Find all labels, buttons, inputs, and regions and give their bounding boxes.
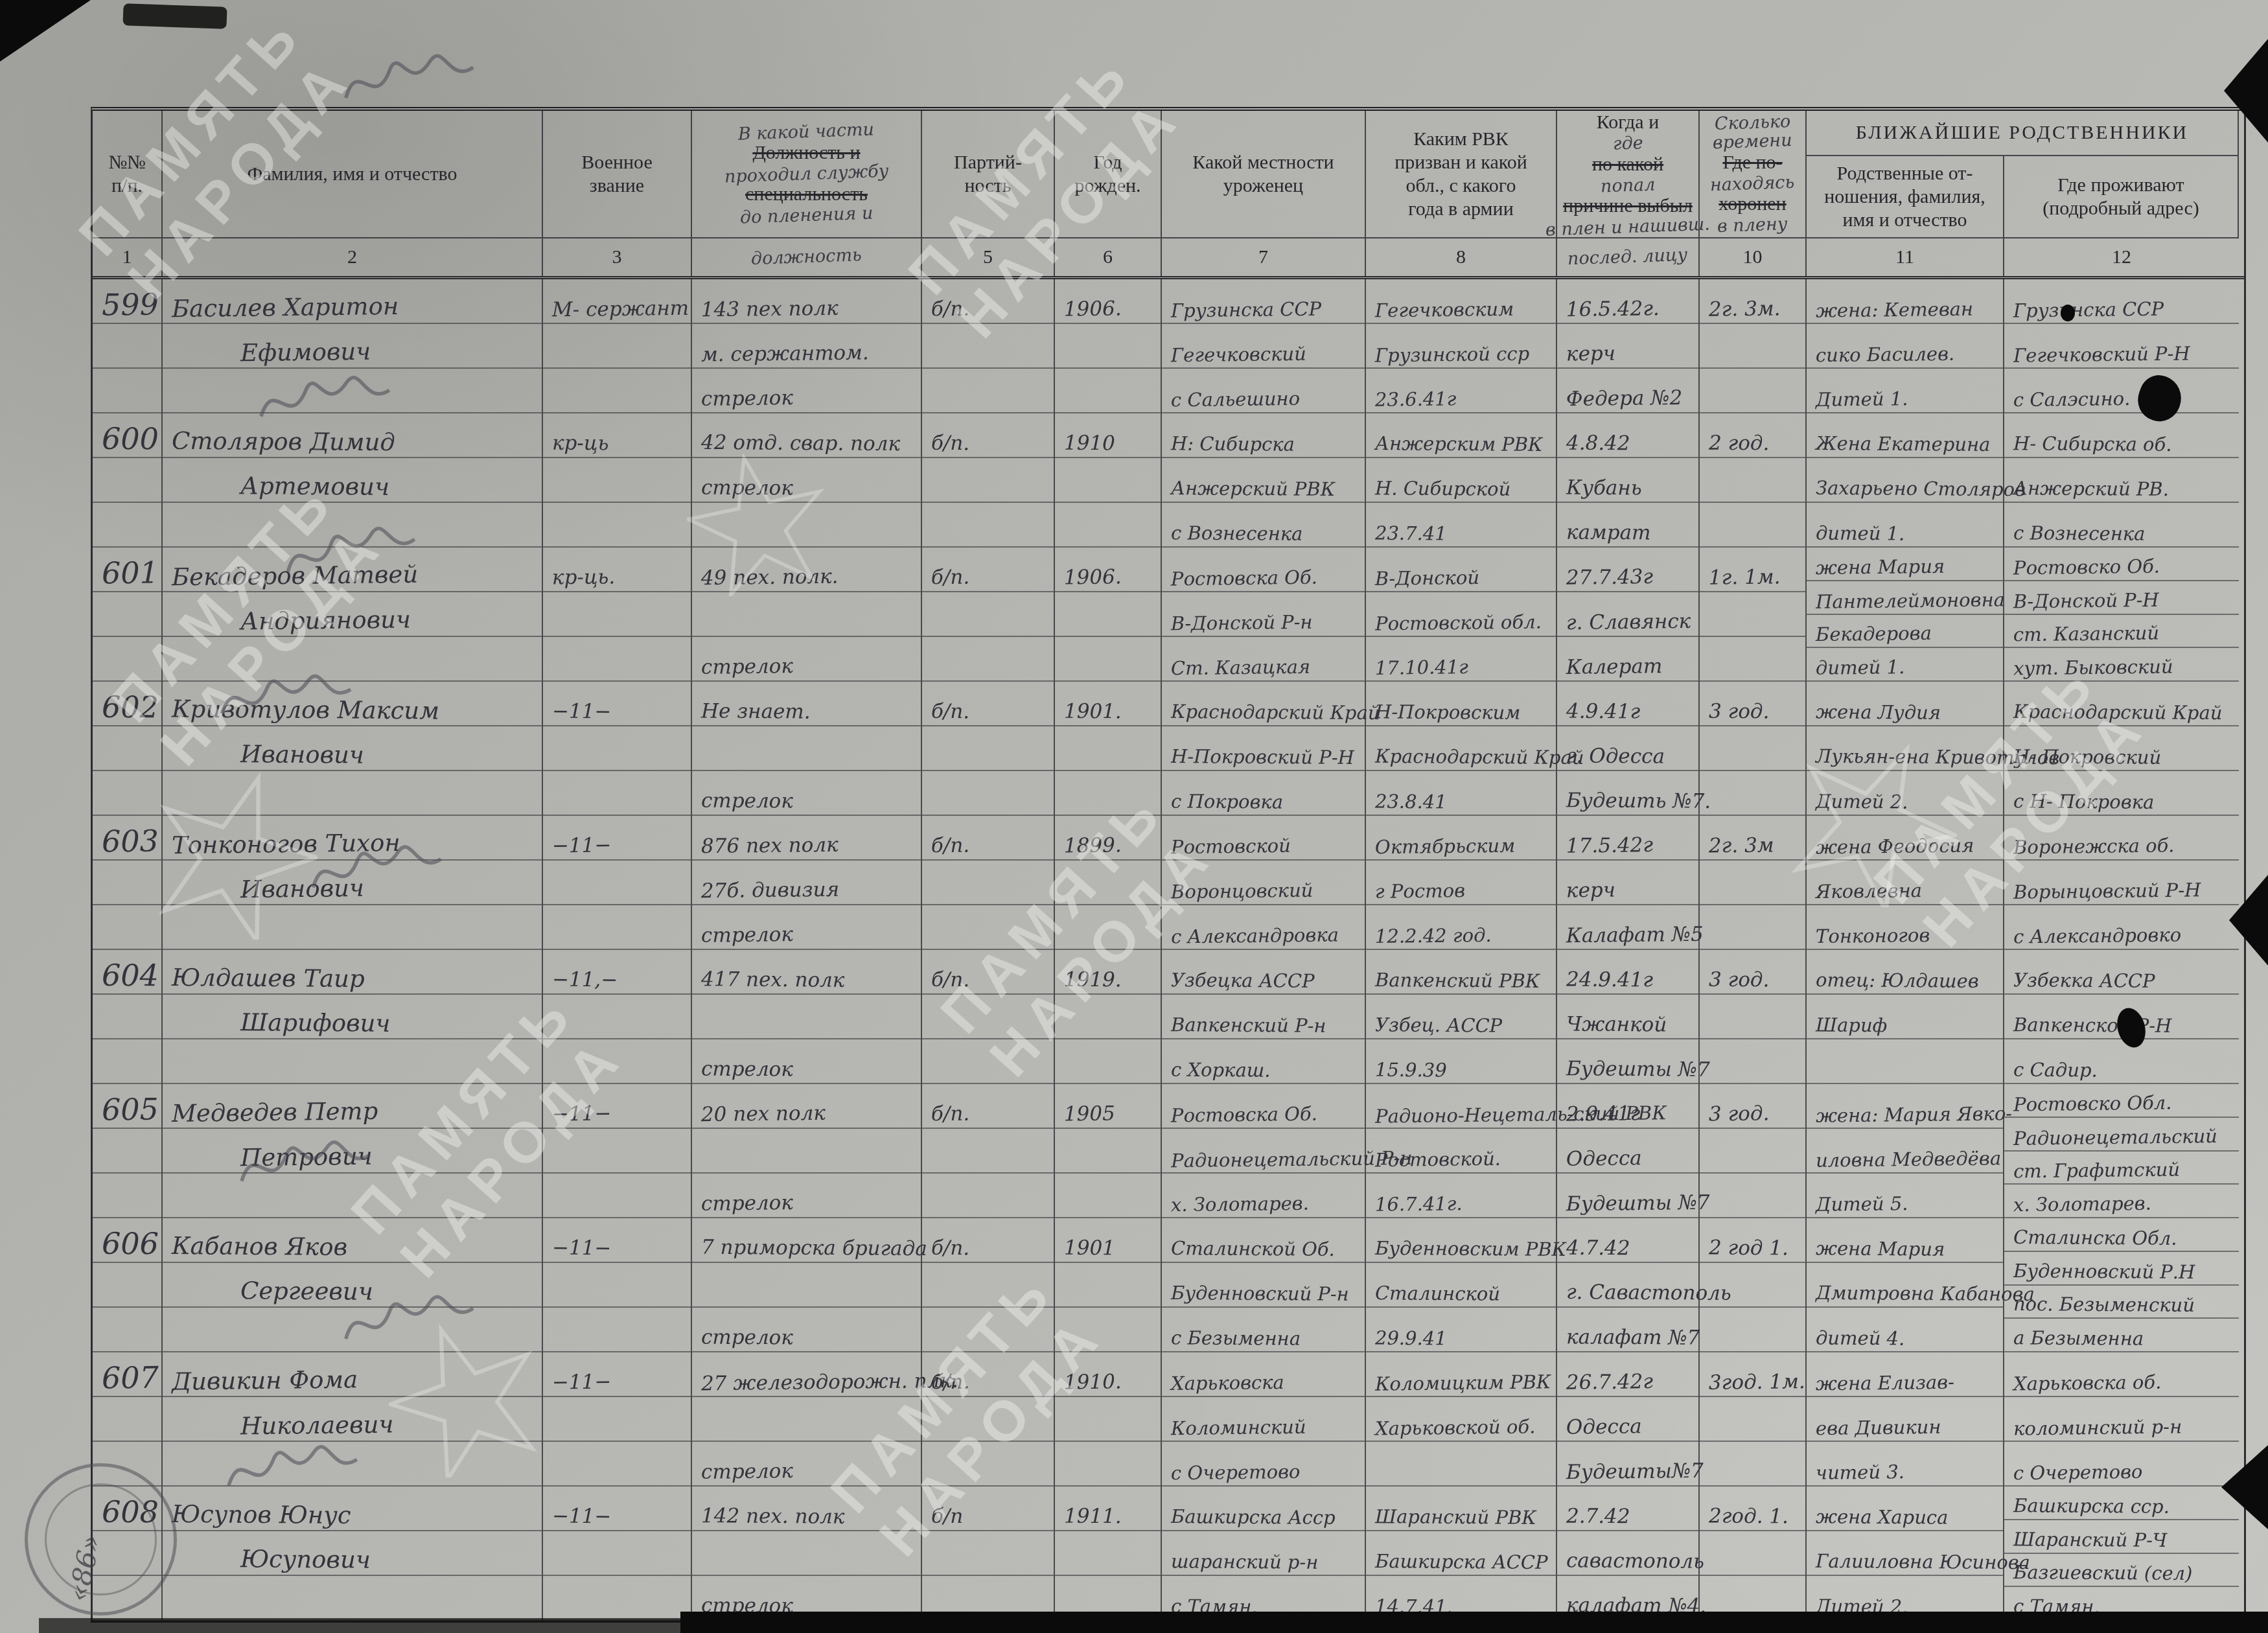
cell-line: −11− [543,816,691,861]
handwritten-text: 4.8.42 [1566,434,1630,454]
handwritten-text: 604 [102,960,159,991]
cell-line: ст. Казанский [2004,615,2239,649]
handwritten-text: Юлдашев Таир [172,966,365,991]
cell-rank: −11− [543,682,692,816]
cell-line: 2.9.41г [1557,1084,1698,1129]
cell-unit: 27 железодорожн. плк.стрелок [692,1352,922,1487]
handwritten-text: Сталинска Обл. [2013,1228,2177,1248]
handwritten-text: Жена Екатерина [1816,434,1991,454]
cell-num: 604 [93,950,163,1084]
cell-line: Юлдашев Таир [163,950,542,995]
cell-year: 1906. [1055,548,1162,682]
table-row: 605Медведев ПетрПетрович−11−20 пех полкс… [93,1084,2244,1218]
handwritten-text: Сталинской [1375,1284,1500,1303]
cell-line [1055,1174,1161,1218]
cell-relatives: жена МарияПантелеймоновнаБекадеровадитей… [1807,548,2004,682]
cell-year: 1901. [1055,682,1162,816]
handwritten-text: жена Мария [1816,557,1945,577]
handwritten-text: с Сальешино [1171,389,1300,410]
cell-line: жена Мария [1807,1218,2003,1263]
header-label: года в армии [1408,198,1513,221]
cell-line: Радионецетальский Р-н [1162,1129,1365,1174]
handwritten-text: Коломинский [1171,1418,1306,1439]
cell-line: ст. Графитский [2004,1152,2239,1185]
handwritten-text: Бекадерова [1816,624,1932,644]
handwritten-text: Шаранский Р-Ч [2013,1530,2167,1550]
cell-line: 24.9.41г [1557,950,1698,995]
handwritten-text: Н- Сибирска об. [2013,434,2172,454]
cell-line: а Безыменна [2004,1319,2239,1352]
cell-line: б/п [922,1487,1054,1531]
handwritten-text: Ростовско Об. [2013,557,2160,577]
handwritten-text: Будешть №7. [1566,791,1711,812]
cell-address: Ростовско Об.В-Донской Р-Нст. Казанскийх… [2004,548,2239,682]
handwritten-text: с Безыменна [1171,1328,1301,1348]
handwritten-text: хут. Быковский [2013,657,2173,678]
cell-line: Грузинской сср [1366,324,1556,369]
handwritten-text: стрелок [701,478,793,499]
header-label: ношения, фамилия, [1824,185,1985,209]
cell-line: с Покровка [1162,771,1365,816]
cell-birthplace: Башкирска Ассршаранский р-нс Тамян. [1162,1487,1366,1621]
column-header-address: Где проживают(подробный адрес) [2004,156,2239,237]
cell-line: 12.2.42 год. [1366,905,1556,950]
handwritten-text: с Очеретово [1171,1463,1301,1483]
column-number-label: послед. лицу [1568,246,1688,269]
handwritten-text: Одесса [1566,1148,1642,1169]
handwritten-text: 1910 [1064,434,1115,454]
handwritten-text: 42 отд. свар. полк [701,433,900,454]
cell-line: с Сальешино [1162,369,1365,413]
column-header-party: Партий-ность [922,111,1055,237]
cell-line [543,1442,691,1487]
handwritten-text: Грузинска ССР [1171,300,1321,321]
handwritten-text: кр-ць. [552,567,616,588]
handwritten-text: стрелок [701,656,793,678]
cell-line [1700,1039,1805,1084]
cell-unit: 143 пех полкм. сержантом.стрелок [692,279,922,413]
handwritten-text: с Покровка [1171,792,1283,811]
cell-line: 604 [93,950,161,995]
cell-line: стрелок [692,1308,921,1352]
cell-line [922,726,1054,771]
cell-line: стрелок [692,905,921,950]
handwritten-text: 16.7.41г. [1375,1194,1463,1214]
cell-line: Харьковской об. [1366,1397,1556,1442]
cell-line: керч [1557,861,1698,905]
cell-rank: −11− [543,1487,692,1621]
handwritten-text: 143 пех полк [701,299,839,321]
cell-line: Краснодарский Край [1366,726,1556,771]
handwritten-text: 4.9.41г [1566,702,1640,723]
handwritten-text: Дивикин Фома [172,1367,358,1394]
cell-line: Лукьян-ена Кривотулов [1807,726,2003,771]
cell-line [93,324,161,369]
cell-line: Воронежска об. [2004,816,2239,861]
handwritten-text: Октябрьским [1375,837,1515,857]
handwritten-text: 24.9.41г [1566,970,1653,991]
cell-line [1055,1397,1161,1442]
cell-line [922,637,1054,682]
header-label: В какой части [738,121,875,145]
header-label: Какой местности [1192,151,1334,174]
cell-line: дитей 1. [1807,503,2003,548]
cell-line [922,1442,1054,1487]
cell-party: б/п. [922,950,1055,1084]
header-label: причине выбыл [1563,195,1693,218]
handwritten-text: 876 пех полк [701,835,839,857]
handwritten-text: б/п [931,1507,964,1527]
cell-fate: 4.7.42г. Савастополькалафат №7 [1557,1218,1700,1352]
handwritten-text: 142 пех. полк [701,1506,845,1527]
cell-line [543,1397,691,1442]
handwritten-text: −11− [552,702,612,723]
handwritten-text: б/п. [931,299,970,320]
handwritten-text: с Вознесенка [1171,524,1303,543]
cell-line [543,1576,691,1621]
cell-line: Гегечковским [1366,279,1556,324]
handwritten-text: Дитей 1. [1816,389,1908,410]
cell-line [93,1174,161,1218]
column-header-fate: Когда игдепо какойпопалпричине выбылв пл… [1557,111,1700,237]
cell-line [543,1129,691,1174]
cell-birthplace: Краснодарский КрайН-Покровский Р-Нс Покр… [1162,682,1366,816]
cell-line [1700,1129,1805,1174]
cell-address: Краснодарский КрайН- Покровскийс Н- Покр… [2004,682,2239,816]
cell-line: отец: Юлдашев [1807,950,2003,995]
column-number-label: 3 [612,246,622,269]
cell-rank: М- сержант [543,279,692,413]
cell-line: камрат [1557,503,1698,548]
header-label: находясь [1710,172,1795,194]
handwritten-text: 2г. 3м [1709,835,1774,856]
cell-rvk: Шаранский РВКБашкирска АССР14.7.41. [1366,1487,1557,1621]
handwritten-text: жена Феодосия [1816,837,1974,857]
handwritten-text: Анжерский РВ. [2013,479,2169,499]
header-label: Военное [581,151,652,174]
scanned-document-page: ПАМЯТЬНАРОДА ПАМЯТЬНАРОДА ПАМЯТЬНАРОДА П… [0,0,2268,1633]
cell-rvk: Анжерским РВКН. Сибирской23.7.41 [1366,413,1557,548]
handwritten-text: 7 приморска бригада [701,1238,927,1259]
cell-fate: 4.8.42Кубанькамрат [1557,413,1700,548]
column-header-relatives: Родственные от-ношения, фамилия,имя и от… [1807,156,2004,237]
cell-year: 1911. [1055,1487,1162,1621]
handwritten-text: Будешты№7 [1566,1461,1704,1483]
handwritten-text: жена Хариса [1816,1507,1949,1527]
scan-bottom-strip [39,1618,687,1633]
handwritten-text: Вапкенской Р-Н [2013,1015,2172,1036]
cell-line: 26.7.42г [1557,1352,1698,1397]
cell-line: стрелок [692,1174,921,1218]
cell-relatives: жена: Кетевансико Басилев.Дитей 1. [1807,279,2004,413]
column-number-label: 7 [1258,246,1268,269]
handwritten-text: Не знает. [701,701,811,722]
cell-captivity: 3 год. [1700,950,1807,1084]
column-number-fate: послед. лицу [1557,237,1700,276]
cell-line [93,905,161,950]
handwritten-text: Ст. Казацкая [1171,658,1310,678]
cell-line: стрелок [692,771,921,816]
handwritten-text: 3 год. [1709,1104,1770,1124]
cell-line [1055,995,1161,1039]
cell-line: Дитей 1. [1807,369,2003,413]
handwritten-text: Басилев Харитон [172,294,399,321]
cell-line: Шариф [1807,995,2003,1039]
cell-rank: кр-ць [543,413,692,548]
cell-line: Башкирска АССР [1366,1531,1556,1576]
handwritten-text: 417 пех. полк [701,969,845,991]
handwritten-text: ева Дивикин [1816,1418,1941,1438]
cell-line: Ростовской [1162,816,1365,861]
handwritten-text: 4.7.42 [1566,1238,1630,1259]
cell-fate: 2.9.41гОдессаБудешты №7 [1557,1084,1700,1218]
cell-line [1055,1442,1161,1487]
handwritten-text: савастополь [1566,1551,1704,1571]
cell-line: Харьковска об. [2004,1352,2239,1397]
cell-captivity: 3год. 1м. [1700,1352,1807,1487]
cell-line [543,861,691,905]
column-number-label: 6 [1103,246,1113,269]
cell-line: 1906. [1055,279,1161,324]
handwritten-text: Дитей 2. [1816,793,1908,812]
handwritten-text: Дмитровна Кабанова [1816,1284,2035,1304]
handwritten-text: 2г. 3м. [1709,299,1781,319]
cell-line: 4.8.42 [1557,413,1698,458]
cell-line [1055,324,1161,369]
cell-line [93,995,161,1039]
cell-line: 3 год. [1700,950,1805,995]
cell-line: Дитей 5. [1807,1174,2003,1218]
cell-year: 1910. [1055,1352,1162,1487]
handwritten-text: 1911. [1064,1507,1122,1527]
cell-line: шаранский р-н [1162,1531,1365,1576]
column-number-name: 2 [163,237,543,276]
handwritten-text: стрелок [701,1461,793,1483]
cell-line [93,1039,161,1084]
handwritten-text: Андриянович [240,607,411,633]
cell-line: дитей 1. [1807,648,2003,682]
cell-address: Воронежска об.Ворынцовский Р-Нс Александ… [2004,816,2239,950]
handwritten-text: Узбекка АССР [2013,971,2155,991]
cell-line: ева Дивикин [1807,1397,2003,1442]
cell-line: Узбекка АССР [2004,950,2239,995]
cell-line [93,637,161,682]
cell-line [1055,726,1161,771]
cell-line: Буденновским РВК [1366,1218,1556,1263]
cell-line: −11− [543,1218,691,1263]
cell-relatives: жена: Мария Явко-иловна МедведёваДитей 5… [1807,1084,2004,1218]
cell-birthplace: Ростовска Об.В-Донской Р-нСт. Казацкая [1162,548,1366,682]
pencil-scribble [212,660,364,739]
cell-line: Шаранский РВК [1366,1487,1556,1531]
cell-line: 16.7.41г. [1366,1174,1556,1218]
cell-line: иловна Медведёва [1807,1129,2003,1174]
handwritten-text: 1910. [1064,1372,1122,1393]
cell-line: Будешты№7 [1557,1442,1698,1487]
handwritten-text: Шаранский РВК [1375,1507,1536,1527]
handwritten-text: Ростовска Об. [1171,1105,1317,1126]
cell-line: Гегечковский Р-Н [2004,324,2239,369]
cell-party: б/п. [922,1084,1055,1218]
handwritten-text: стрелок [701,1193,793,1214]
cell-line: Анжерский РВК [1162,458,1365,503]
handwritten-text: керч [1566,344,1615,365]
cell-line: Коломицким РВК [1366,1352,1556,1397]
handwritten-text: с Н- Покровка [2013,792,2155,812]
handwritten-text: В-Донской Р-Н [2013,590,2159,611]
cell-line: 1911. [1055,1487,1161,1531]
handwritten-text: Воронежска об. [2013,836,2175,857]
cell-line: х. Золотарев. [1162,1174,1365,1218]
cell-line: Будешты №7 [1557,1039,1698,1084]
cell-line: 1905 [1055,1084,1161,1129]
cell-address: Башкирска сср.Шаранский Р-ЧБазгиевский (… [2004,1487,2239,1621]
handwritten-text: −11− [552,1372,612,1393]
cell-year: 1919. [1055,950,1162,1084]
handwritten-text: а Безыменна [2013,1328,2144,1348]
cell-line [1700,324,1805,369]
header-label: специальность [745,183,868,206]
table-header: №№п/п.Фамилия, имя и отчествоВоенноезван… [93,111,2244,279]
cell-line: Ефимович [163,324,542,369]
cell-line [922,1397,1054,1442]
cell-line: В-Донской [1366,548,1556,592]
cell-relatives: жена МарияДмитровна Кабановадитей 4. [1807,1218,2004,1352]
cell-line [1055,861,1161,905]
cell-line: стрелок [692,637,921,682]
handwritten-text: г. Савастополь [1566,1282,1731,1304]
cell-line: Калерат [1557,637,1698,682]
cell-line [692,1531,921,1576]
handwritten-text: сико Басилев. [1816,345,1955,365]
handwritten-text: Захарьено Столяров [1816,479,2026,499]
column-header-rvk: Каким РВКпризван и какойобл., с какогого… [1366,111,1557,237]
cell-line [922,324,1054,369]
cell-relatives: жена Елизав-ева Дивикинчитей 3. [1807,1352,2004,1487]
cell-line [543,995,691,1039]
cell-line [692,1129,921,1174]
cell-line: г. Савастополь [1557,1263,1698,1308]
cell-fate: 4.9.41гг. ОдессаБудешть №7. [1557,682,1700,816]
cell-line [1055,1531,1161,1576]
handwritten-text: с Салэсино. [2013,389,2131,410]
handwritten-text: 1899. [1064,835,1122,856]
cell-line: жена Феодосия [1807,816,2003,861]
handwritten-text: −11− [552,1104,612,1124]
header-label: (подробный адрес) [2042,197,2199,220]
cell-line: Буденновский Р-н [1162,1263,1365,1308]
cell-line: Одесса [1557,1397,1698,1442]
cell-line: Шарифович [163,995,542,1039]
header-label: времени [1713,131,1792,153]
cell-line [922,905,1054,950]
cell-line [1055,637,1161,682]
cell-num: 601 [93,548,163,682]
cell-rvk: Радионо-Нецеталь-ский РВКРостовской.16.7… [1366,1084,1557,1218]
header-label: Фамилия, имя и отчество [247,163,457,186]
cell-line: Медведев Петр [163,1084,542,1129]
cell-line: с Садир. [2004,1039,2239,1084]
cell-birthplace: Грузинска ССРГегечковскийс Сальешино [1162,279,1366,413]
handwritten-text: Артемович [240,474,389,499]
cell-year: 1906. [1055,279,1162,413]
handwritten-text: 3 год. [1709,702,1770,723]
cell-name: Юсупов ЮнусЮсупович [163,1487,543,1621]
cell-line [1700,726,1805,771]
handwritten-text: 600 [102,424,159,454]
handwritten-text: х. Золотарев. [2013,1194,2151,1215]
cell-line [922,458,1054,503]
handwritten-text: 12.2.42 год. [1375,926,1492,946]
cell-line: Грузинска ССР [1162,279,1365,324]
cell-unit: 876 пех полк27б. дивизиястрелок [692,816,922,950]
cell-line: −11− [543,682,691,726]
cell-line: Галииловна Юсинова [1807,1531,2003,1576]
column-header-rank: Военноезвание [543,111,692,237]
cell-line: б/п. [922,1084,1054,1129]
handwritten-text: Чжанкой [1566,1014,1667,1035]
scan-smudge-artifact [122,3,227,29]
cell-line [93,1129,161,1174]
cell-line: 17.5.42г [1557,816,1698,861]
handwritten-text: 27.7.43г [1566,567,1653,588]
cell-line: 29.9.41 [1366,1308,1556,1352]
cell-line: Октябрьским [1366,816,1556,861]
cell-line: 601 [93,548,161,592]
cell-line: Ростовской. [1366,1129,1556,1174]
cell-line: 602 [93,682,161,726]
scan-hole-artifact [2061,305,2075,321]
cell-captivity: 2г. 3м [1700,816,1807,950]
cell-line: стрелок [692,1039,921,1084]
column-header-unit: В какой частиДолжность ипроходил службус… [692,111,922,237]
cell-line: Ст. Казацкая [1162,637,1365,682]
cell-line: 3 год. [1700,682,1805,726]
handwritten-text: Ростовской обл. [1375,612,1542,633]
cell-year: 1910 [1055,413,1162,548]
cell-line [93,592,161,637]
handwritten-text: Гегечковским [1375,300,1514,321]
handwritten-text: 3год. 1м. [1709,1372,1805,1393]
cell-relatives: жена ФеодосияЯковлевнаТонконогов [1807,816,2004,950]
cell-line [1700,1308,1805,1352]
column-header-birthplace: Какой местностиуроженец [1162,111,1366,237]
cell-line [922,1039,1054,1084]
handwritten-text: Краснодарский Край [1375,747,1584,767]
cell-line [1700,995,1805,1039]
cell-relatives: Жена ЕкатеринаЗахарьено Столяровдитей 1. [1807,413,2004,548]
cell-line: с Очеретово [2004,1442,2239,1487]
cell-line: пос. Безыменский [2004,1286,2239,1319]
cell-line: 4.7.42 [1557,1218,1698,1263]
handwritten-text: М- сержант [552,299,689,321]
cell-rvk: ГегечковскимГрузинской сср23.6.41г [1366,279,1557,413]
cell-line: М- сержант [543,279,691,324]
cell-line [543,1174,691,1218]
cell-line: Чжанкой [1557,995,1698,1039]
handwritten-text: ст. Графитский [2013,1161,2180,1181]
column-header-year: Годрожден. [1055,111,1162,237]
cell-line [1700,458,1805,503]
cell-line [1700,861,1805,905]
handwritten-text: Ефимович [240,340,371,365]
cell-line: 27 железодорожн. плк. [692,1352,921,1397]
handwritten-text: Воронцовский [1171,881,1313,902]
handwritten-text: х. Золотарев. [1171,1194,1309,1215]
cell-line: 1901 [1055,1218,1161,1263]
column-header-captivity: СкольковремениГде по-находясьхороненв пл… [1700,111,1807,237]
handwritten-text: Будешты №7 [1566,1059,1710,1080]
